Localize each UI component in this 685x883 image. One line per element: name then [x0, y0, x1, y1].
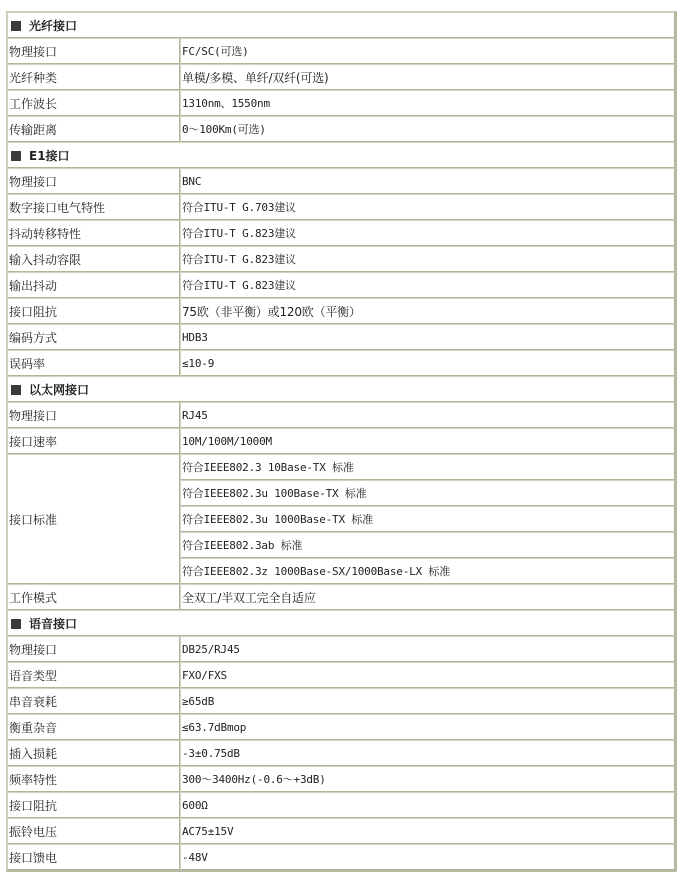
- table-row: 输出抖动符合ITU-T G.823建议: [7, 272, 675, 298]
- row-label: 光纤种类: [7, 64, 180, 90]
- filled-square-icon: [11, 385, 21, 395]
- row-value: 全双工/半双工完全自适应: [180, 584, 675, 610]
- row-value: 符合ITU-T G.823建议: [180, 220, 675, 246]
- row-value: DB25/RJ45: [180, 636, 675, 662]
- table-row: 物理接口FC/SC(可选): [7, 38, 675, 64]
- row-label: 接口标准: [7, 454, 180, 584]
- row-label: 振铃电压: [7, 818, 180, 844]
- row-value: 0～100Km(可选): [180, 116, 675, 142]
- row-value: 符合IEEE802.3 10Base-TX 标准: [180, 454, 675, 480]
- table-row: 频率特性300～3400Hz(-0.6～+3dB): [7, 766, 675, 792]
- table-row: 误码率≤10-9: [7, 350, 675, 376]
- table-row: 衡重杂音≤63.7dBmop: [7, 714, 675, 740]
- row-value: BNC: [180, 168, 675, 194]
- spec-table: 光纤接口 物理接口FC/SC(可选) 光纤种类单模/多模、单纤/双纤(可选) 工…: [6, 11, 677, 872]
- row-value: AC75±15V: [180, 818, 675, 844]
- row-label: 频率特性: [7, 766, 180, 792]
- row-label: 语音类型: [7, 662, 180, 688]
- row-label: 输入抖动容限: [7, 246, 180, 272]
- table-row: 接口阻抗600Ω: [7, 792, 675, 818]
- row-value: ≥65dB: [180, 688, 675, 714]
- section-header-ethernet: 以太网接口: [7, 376, 675, 402]
- row-label: 输出抖动: [7, 272, 180, 298]
- table-row: 接口标准 符合IEEE802.3 10Base-TX 标准: [7, 454, 675, 480]
- row-label: 接口馈电: [7, 844, 180, 870]
- row-value: 符合IEEE802.3u 100Base-TX 标准: [180, 480, 675, 506]
- row-value: HDB3: [180, 324, 675, 350]
- row-value: RJ45: [180, 402, 675, 428]
- row-label: 工作波长: [7, 90, 180, 116]
- row-label: 传输距离: [7, 116, 180, 142]
- table-row: 工作波长1310nm、1550nm: [7, 90, 675, 116]
- row-value: ≤63.7dBmop: [180, 714, 675, 740]
- row-value: -48V: [180, 844, 675, 870]
- row-label: 误码率: [7, 350, 180, 376]
- table-row: 接口馈电-48V: [7, 844, 675, 870]
- table-row: 编码方式HDB3: [7, 324, 675, 350]
- row-label: 物理接口: [7, 402, 180, 428]
- row-value: 10M/100M/1000M: [180, 428, 675, 454]
- section-header-fiber: 光纤接口: [7, 12, 675, 38]
- row-value: 300～3400Hz(-0.6～+3dB): [180, 766, 675, 792]
- row-value: 75欧（非平衡）或120欧（平衡）: [180, 298, 675, 324]
- filled-square-icon: [11, 21, 21, 31]
- row-label: 数字接口电气特性: [7, 194, 180, 220]
- section-header-voice: 语音接口: [7, 610, 675, 636]
- row-label: 物理接口: [7, 38, 180, 64]
- row-value: 1310nm、1550nm: [180, 90, 675, 116]
- row-value: 符合IEEE802.3u 1000Base-TX 标准: [180, 506, 675, 532]
- row-value: FXO/FXS: [180, 662, 675, 688]
- row-label: 插入损耗: [7, 740, 180, 766]
- section-title: E1接口: [29, 149, 70, 163]
- table-row: 物理接口DB25/RJ45: [7, 636, 675, 662]
- table-row: 接口速率10M/100M/1000M: [7, 428, 675, 454]
- table-row: 传输距离0～100Km(可选): [7, 116, 675, 142]
- row-label: 衡重杂音: [7, 714, 180, 740]
- table-row: 输入抖动容限符合ITU-T G.823建议: [7, 246, 675, 272]
- table-row: 振铃电压AC75±15V: [7, 818, 675, 844]
- row-value: 单模/多模、单纤/双纤(可选): [180, 64, 675, 90]
- row-label: 接口速率: [7, 428, 180, 454]
- row-value: -3±0.75dB: [180, 740, 675, 766]
- filled-square-icon: [11, 619, 21, 629]
- table-row: 工作模式全双工/半双工完全自适应: [7, 584, 675, 610]
- row-label: 接口阻抗: [7, 792, 180, 818]
- table-row: 物理接口BNC: [7, 168, 675, 194]
- section-title: 以太网接口: [29, 383, 89, 397]
- row-value: 600Ω: [180, 792, 675, 818]
- table-row: 接口阻抗75欧（非平衡）或120欧（平衡）: [7, 298, 675, 324]
- row-label: 工作模式: [7, 584, 180, 610]
- table-row: 串音衰耗≥65dB: [7, 688, 675, 714]
- row-label: 串音衰耗: [7, 688, 180, 714]
- table-row: 插入损耗-3±0.75dB: [7, 740, 675, 766]
- row-value: 符合ITU-T G.823建议: [180, 246, 675, 272]
- table-row: 数字接口电气特性符合ITU-T G.703建议: [7, 194, 675, 220]
- row-label: 编码方式: [7, 324, 180, 350]
- section-title: 语音接口: [29, 617, 77, 631]
- row-value: 符合ITU-T G.823建议: [180, 272, 675, 298]
- row-value: 符合IEEE802.3z 1000Base-SX/1000Base-LX 标准: [180, 558, 675, 584]
- section-title: 光纤接口: [29, 19, 77, 33]
- row-label: 接口阻抗: [7, 298, 180, 324]
- row-label: 物理接口: [7, 636, 180, 662]
- row-label: 物理接口: [7, 168, 180, 194]
- row-value: FC/SC(可选): [180, 38, 675, 64]
- row-value: 符合ITU-T G.703建议: [180, 194, 675, 220]
- filled-square-icon: [11, 151, 21, 161]
- section-header-e1: E1接口: [7, 142, 675, 168]
- row-value: ≤10-9: [180, 350, 675, 376]
- table-row: 语音类型FXO/FXS: [7, 662, 675, 688]
- row-value: 符合IEEE802.3ab 标准: [180, 532, 675, 558]
- row-label: 抖动转移特性: [7, 220, 180, 246]
- table-row: 光纤种类单模/多模、单纤/双纤(可选): [7, 64, 675, 90]
- table-row: 物理接口RJ45: [7, 402, 675, 428]
- table-row: 抖动转移特性符合ITU-T G.823建议: [7, 220, 675, 246]
